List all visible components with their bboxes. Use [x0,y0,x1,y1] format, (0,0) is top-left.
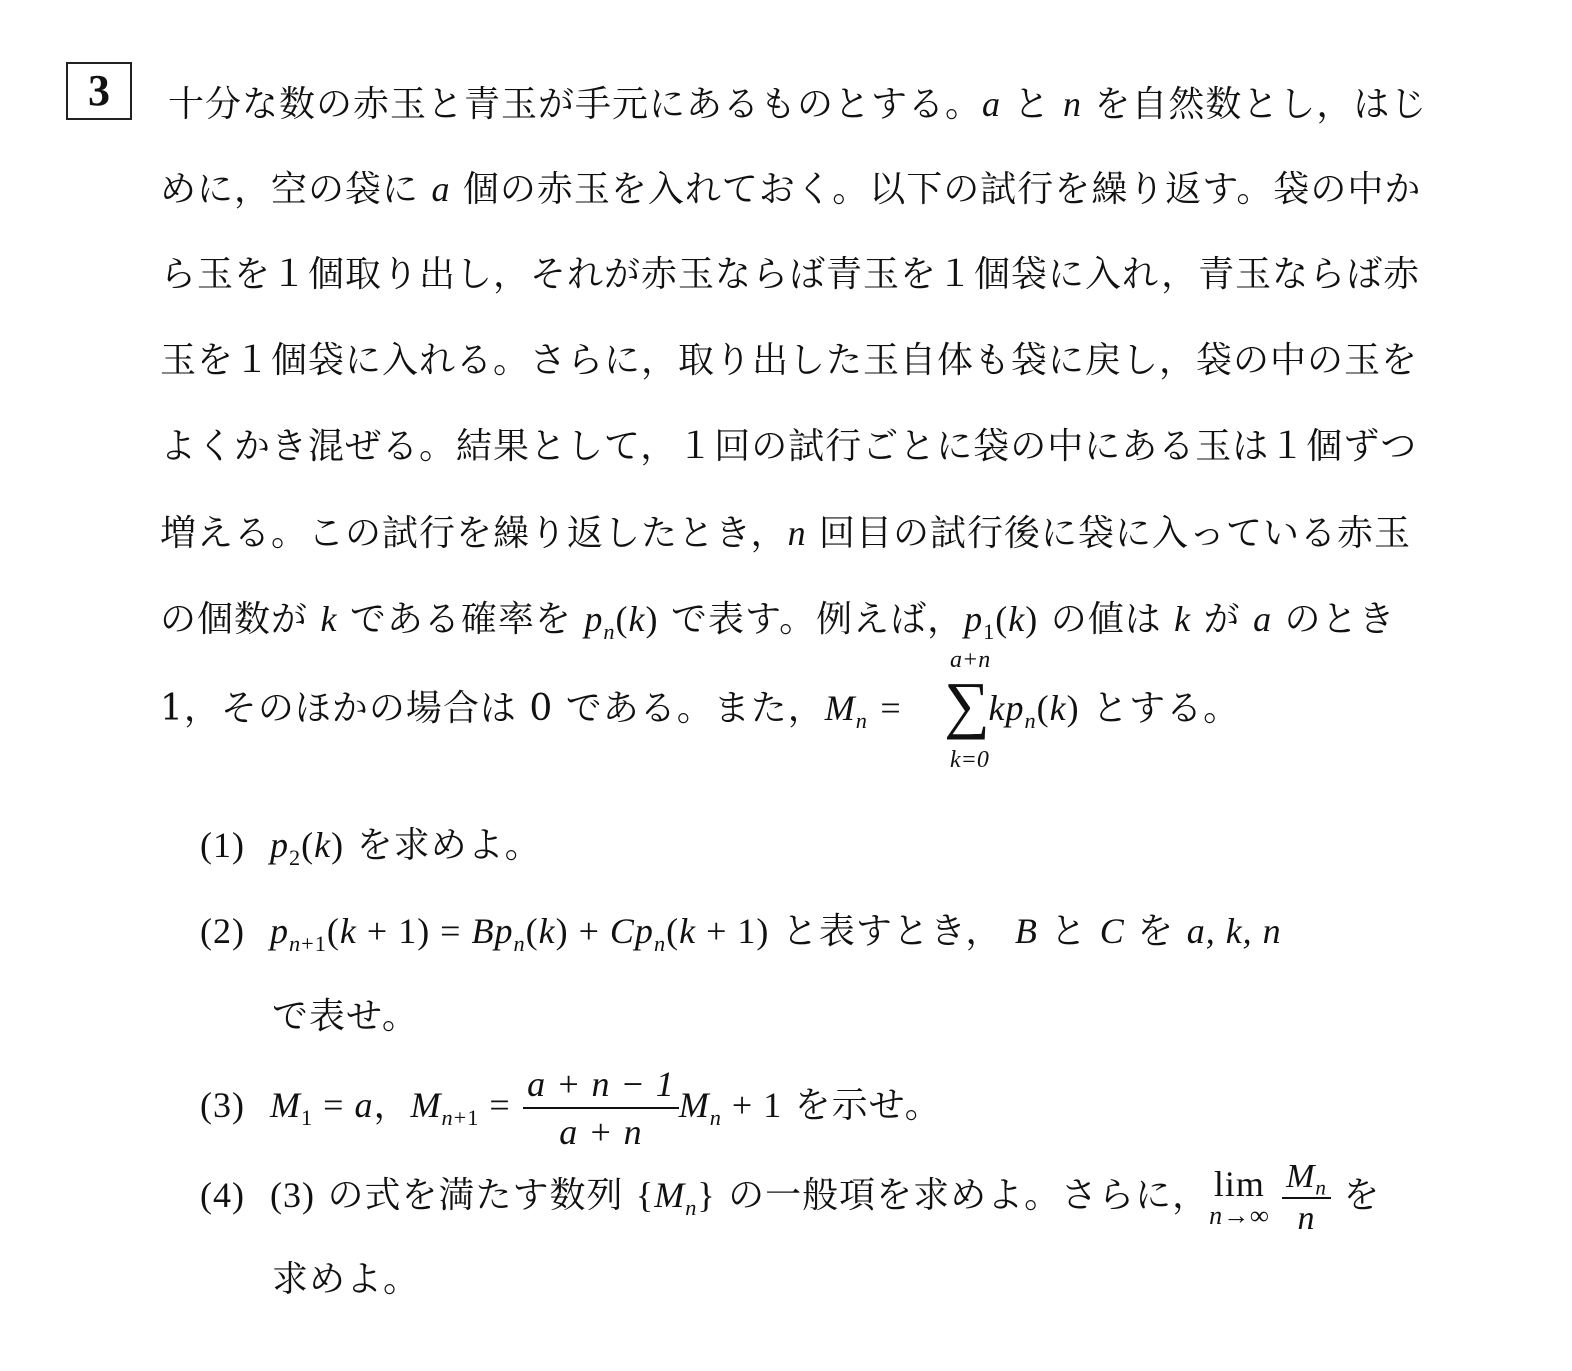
var-a: a [431,169,450,209]
question-label: (2) [200,909,270,953]
question-3: (3)M1 = a，Mn+1 = a + n − 1a + nMn + 1 を示… [200,1058,942,1155]
text-segment: と [1013,84,1050,125]
text-segment: を求めよ。 [357,825,542,866]
var-B: B [1015,911,1038,951]
text-segment: が [1204,599,1241,640]
question-4: (4)(3) の式を満たす数列 {Mn} の一般項を求めよ。さらに，limn→∞… [200,1150,1380,1241]
vars-akn: a, k, n [1187,911,1282,951]
text-segment: を [1343,1175,1380,1216]
math-M1: M1 = a， [270,1085,410,1125]
limit-operator: limn→∞ [1209,1166,1270,1230]
text-segment: を示せ。 [795,1085,942,1126]
question-label: (1) [200,823,270,867]
var-a: a [982,84,1001,124]
fraction: a + n − 1a + n [523,1061,679,1155]
math-p2-k: p2(k) [270,825,344,865]
text-segment: 増える。この試行を繰り返したとき， [160,513,788,554]
problem-line-3: ら玉を１個取り出し，それが赤玉ならば青玉を１個袋に入れ，青玉ならば赤 [160,253,1420,297]
var-n: n [788,513,807,553]
lim-subscript: n→∞ [1209,1202,1270,1230]
question-2-cont: で表せ。 [272,995,419,1039]
text-segment: の値は [1051,599,1162,640]
var-a: a [1253,599,1272,639]
text-segment: の一般項を求めよ。さらに， [728,1175,1209,1216]
question-label: (4) [200,1150,270,1240]
fraction-denominator: a + n [523,1109,679,1155]
problem-line-2: めに，空の袋に a 個の赤玉を入れておく。以下の試行を繰り返す。袋の中か [160,167,1421,212]
math-p1-k: p1(k) [964,599,1038,639]
var-C: C [1100,911,1125,951]
math-Mn-plus-1: Mn + 1 [679,1085,782,1125]
text-segment: とする。 [1092,688,1240,729]
problem-line-4: 玉を１個袋に入れる。さらに，取り出した玉自体も袋に戻し，袋の中の玉を [160,339,1418,383]
question-2: (2)pn+1(k + 1) = Bpn(k) + Cpn(k + 1) と表す… [200,909,1282,954]
lim-text: lim [1209,1166,1270,1202]
text-segment: 回目の試行後に袋に入っている赤玉 [819,513,1411,554]
problem-line-5: よくかき混ぜる。結果として，１回の試行ごとに袋の中にある玉は１個ずつ [160,425,1417,469]
question-ref: (3) [270,1175,315,1215]
problem-line-1: 十分な数の赤玉と青玉が手元にあるものとする。a と n を自然数とし，はじ [168,82,1427,127]
math-pn-k: pn(k) [584,599,658,639]
text-segment: 1，そのほかの場合は 0 である。また， [160,688,825,729]
math-recurrence: pn+1(k + 1) = Bpn(k) + Cpn(k + 1) [270,911,769,951]
var-k: k [1174,599,1191,639]
text-segment: の個数が [160,599,308,640]
sum-lower-limit: k=0 [950,746,989,774]
summation-symbol: ∑ [944,670,990,740]
math-seq-Mn: {Mn} [636,1175,716,1215]
math-Mn: Mn [825,688,868,728]
text-segment: 十分な数の赤玉と青玉が手元にあるものとする。 [168,84,982,125]
problem-line-6: 増える。この試行を繰り返したとき，n 回目の試行後に袋に入っている赤玉 [160,511,1411,556]
text-segment: の式を満たす数列 [327,1175,623,1216]
problem-line-8: 1，そのほかの場合は 0 である。また，Mn = kpn(k) とする。 [160,686,1240,731]
fraction-numerator: a + n − 1 [523,1061,679,1109]
var-n: n [1063,84,1082,124]
problem-line-7: の個数が k である確率を pn(k) で表す。例えば，p1(k) の値は k … [160,597,1396,642]
question-1: (1)p2(k) を求めよ。 [200,823,542,868]
math-kpn-k: kpn(k) [989,688,1080,728]
math-Mn1: Mn+1 = [410,1085,510,1125]
text-segment: めに，空の袋に [160,169,419,210]
fraction-Mn-over-n: Mnn [1282,1157,1331,1239]
sum-upper-limit: a+n [950,646,990,674]
question-4-cont: 求めよ。 [272,1258,420,1302]
question-label: (3) [200,1058,270,1152]
text-segment: を自然数とし，はじ [1094,84,1427,125]
problem-number-box: 3 [66,62,132,120]
var-k: k [320,599,337,639]
text-segment: である確率を [350,599,572,640]
text-segment: 個の赤玉を入れておく。以下の試行を繰り返す。袋の中か [463,169,1421,210]
text-segment: と [1050,911,1087,952]
text-segment: で表す。例えば， [671,599,964,640]
text-segment: のとき [1285,599,1396,640]
text-segment: を [1137,911,1174,952]
text-segment: と表すとき， [782,911,1003,952]
